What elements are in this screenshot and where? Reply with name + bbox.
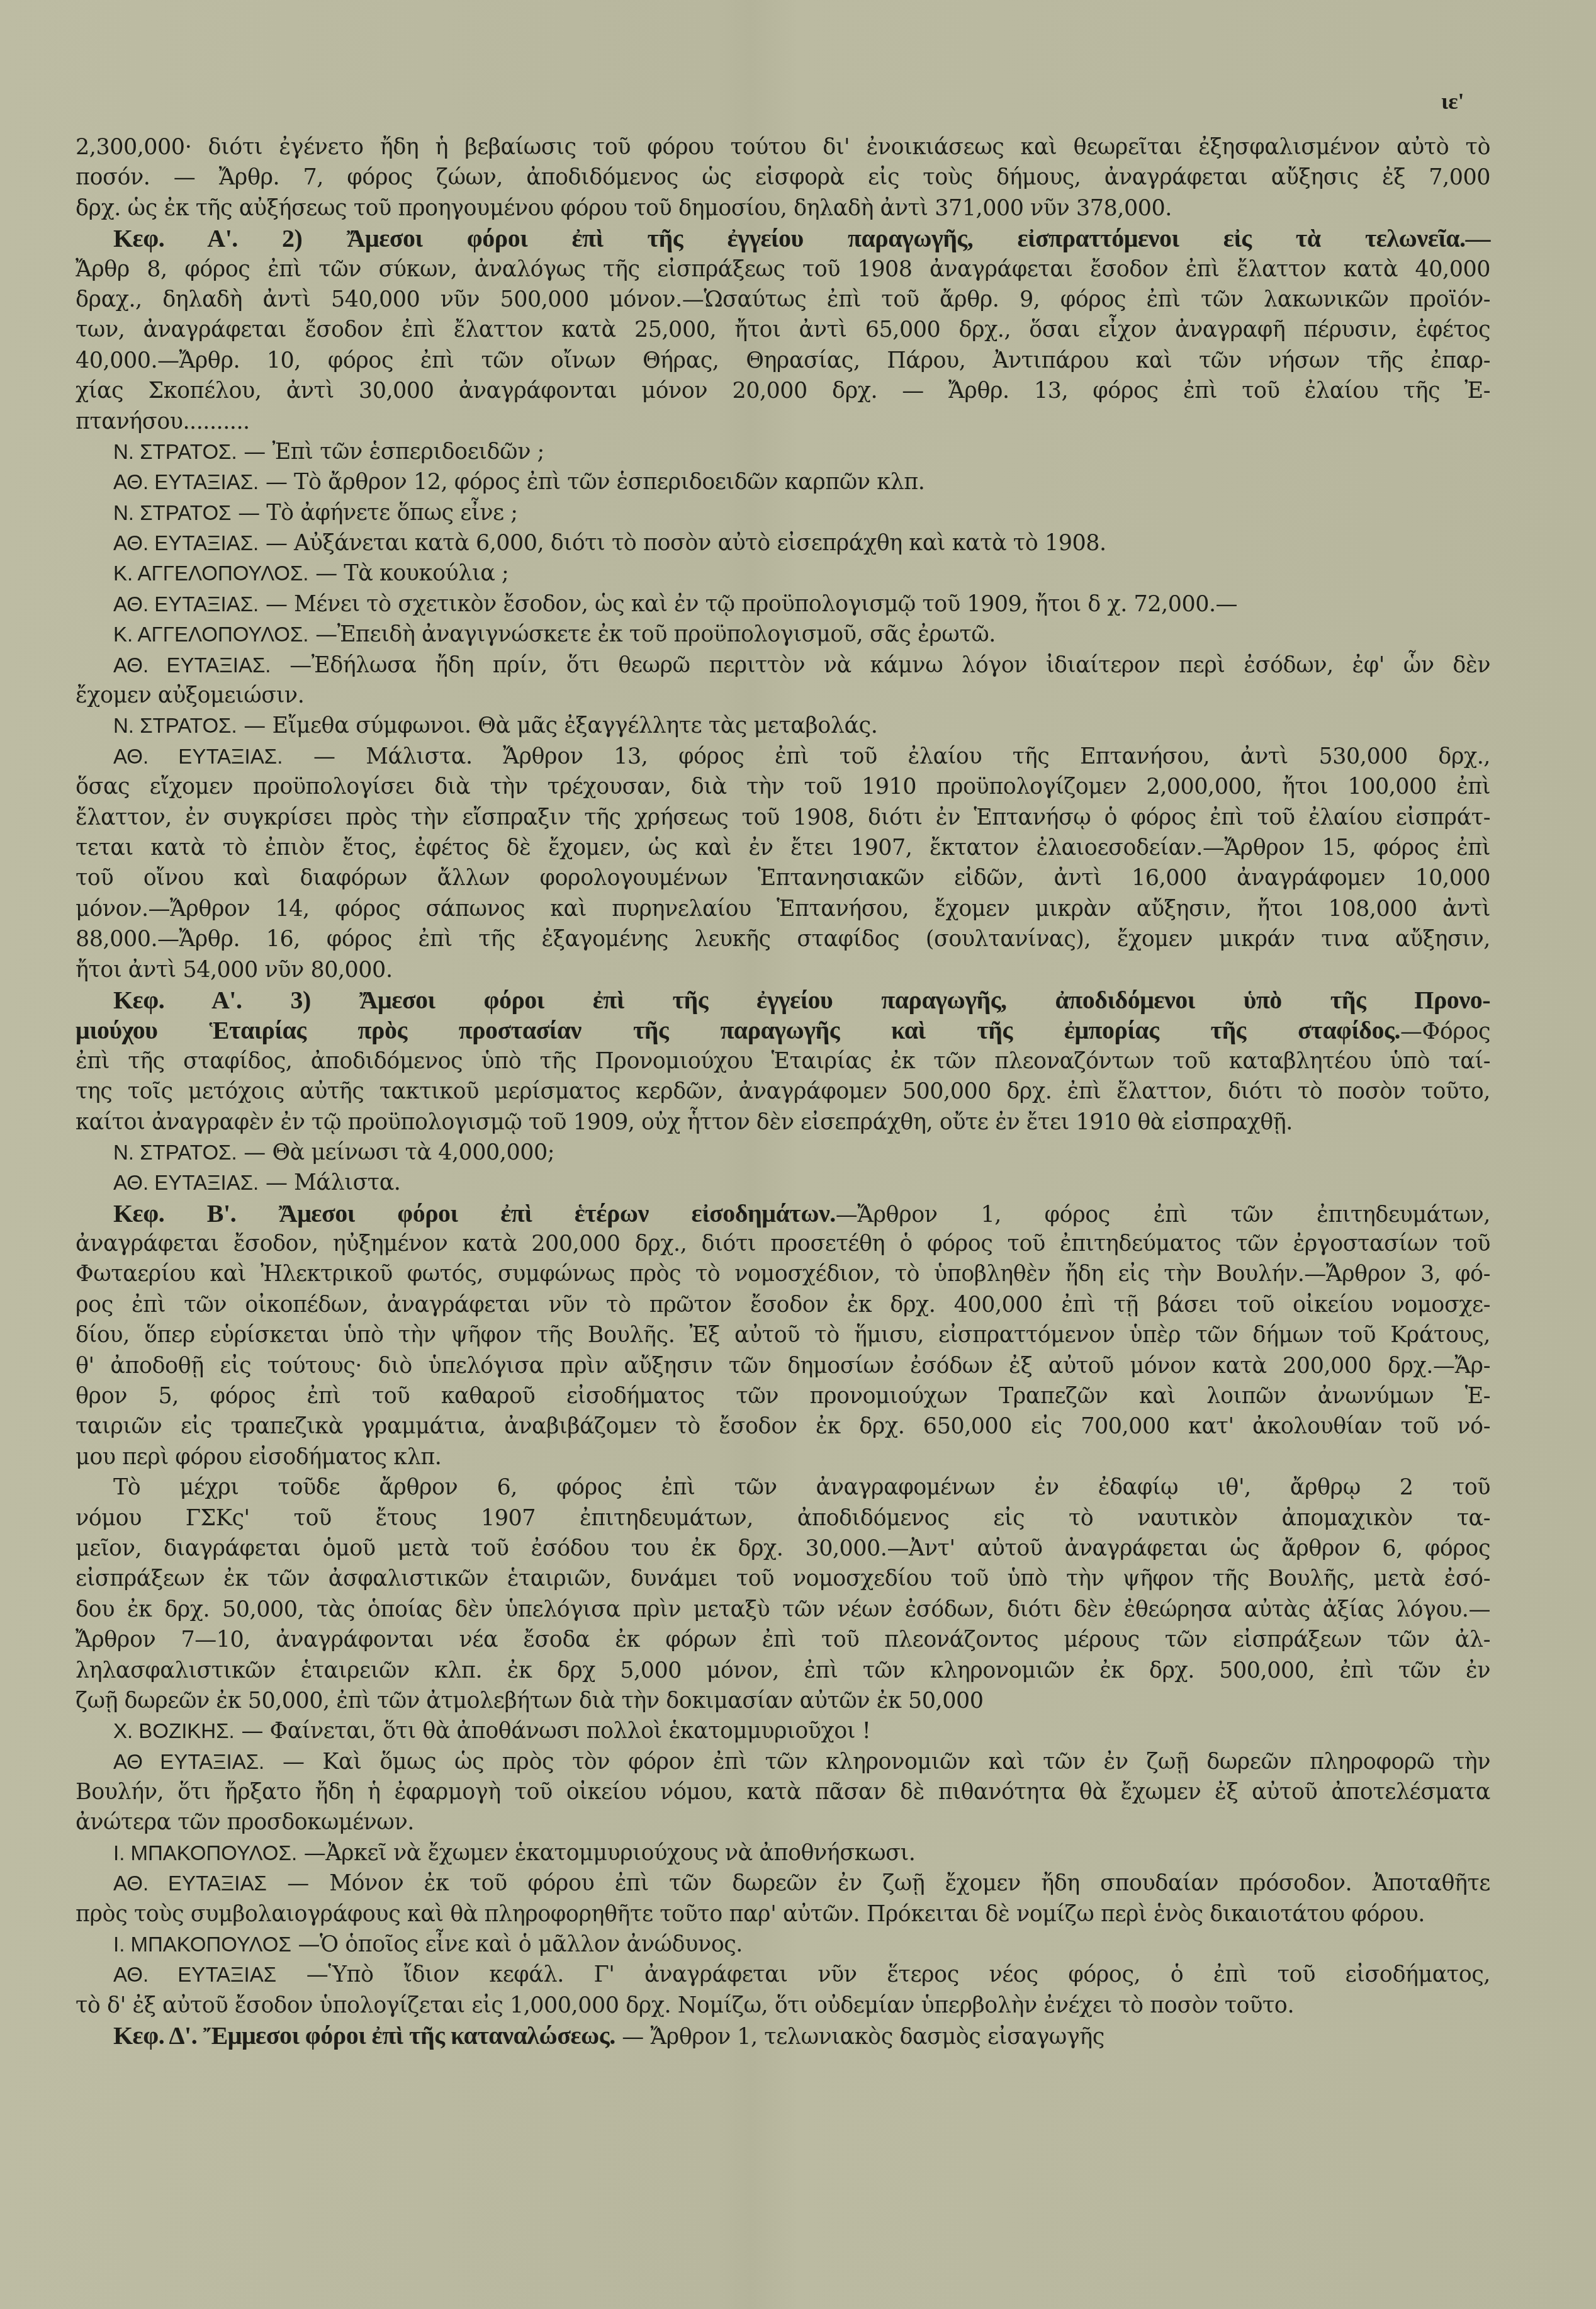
section-heading: Κεφ. Α'. 3) Ἄμεσοι φόροι ἐπὶ τῆς ἐγγείου… bbox=[113, 985, 1490, 1015]
speaker-name: ΑΘ. ΕΥΤΑΞΙΑΣ. bbox=[113, 1171, 259, 1194]
paragraph-text: χίας Σκοπέλου, ἀντὶ 30,000 ἀναγράφονται … bbox=[76, 376, 1490, 406]
section-heading: Κεφ. Α'. 2) Ἄμεσοι φόροι ἐπὶ τῆς ἐγγείου… bbox=[113, 223, 1490, 254]
text-line: Κ. ΑΓΓΕΛΟΠΟΥΛΟΣ. — Τὰ κουκούλια ; bbox=[76, 558, 1490, 589]
paragraph-text: τεται κατὰ τὸ ἐπιὸν ἔτος, ἐφέτος δὲ ἔχομ… bbox=[76, 833, 1490, 863]
paragraph-text: πτανήσου.......... bbox=[76, 407, 1490, 437]
speech-text: —Ἐπειδὴ ἀναγιγνώσκετε ἐκ τοῦ προϋπολογισ… bbox=[315, 622, 996, 647]
paragraph-text: μεῖον, διαγράφεται ὁμοῦ μετὰ τοῦ ἐσόδου … bbox=[76, 1533, 1490, 1564]
text-line: Κεφ. Α'. 3) Ἄμεσοι φόροι ἐπὶ τῆς ἐγγείου… bbox=[76, 985, 1490, 1015]
paragraph-text: εἰσπράξεων ἐκ τῶν ἀσφαλιστικῶν ἑταιριῶν,… bbox=[76, 1564, 1490, 1594]
paragraph-text: ρος ἐπὶ τῶν οἰκοπέδων, ἀναγράφεται νῦν τ… bbox=[76, 1290, 1490, 1320]
speech-text: — Μόνον ἐκ τοῦ φόρου ἐπὶ τῶν δωρεῶν ἐν ζ… bbox=[287, 1871, 1490, 1896]
paragraph-text: —Ἄρθρον 1, φόρος ἐπὶ τῶν ἐπιτηδευμάτων, bbox=[836, 1202, 1490, 1228]
speaker-name: Χ. ΒΟΖΙΚΗΣ. bbox=[113, 1719, 235, 1742]
text-line: πτανήσου.......... bbox=[76, 407, 1490, 437]
speaker-name: ΑΘ. ΕΥΤΑΞΙΑΣ. bbox=[113, 653, 271, 677]
text-line: θ' ἀποδοθῇ εἰς τούτους· διὸ ὑπελόγισα πρ… bbox=[76, 1351, 1490, 1381]
paragraph-text: ταιριῶν εἰς τραπεζικὰ γραμμάτια, ἀναβιβά… bbox=[76, 1411, 1490, 1442]
text-line: Φωταερίου καὶ Ἠλεκτρικοῦ φωτός, συμφώνως… bbox=[76, 1259, 1490, 1289]
text-line: ποσόν. — Ἄρθρ. 7, φόρος ζώων, ἀποδιδόμεν… bbox=[76, 162, 1490, 193]
text-line: ζωῇ δωρεῶν ἐκ 50,000, ἐπὶ τῶν ἀτμολεβήτω… bbox=[76, 1686, 1490, 1716]
speech-text: — Εἴμεθα σύμφωνοι. Θὰ μᾶς ἐξαγγέλλητε τὰ… bbox=[244, 713, 877, 738]
text-line: χίας Σκοπέλου, ἀντὶ 30,000 ἀναγράφονται … bbox=[76, 376, 1490, 406]
text-line: ληλασφαλιστικῶν ἑταιρειῶν κλπ. ἐκ δρχ 5,… bbox=[76, 1656, 1490, 1686]
text-line: 88,000.—Ἄρθρ. 16, φόρος ἐπὶ τῆς ἐξαγομέν… bbox=[76, 924, 1490, 954]
text-line: τοῦ οἴνου καὶ διαφόρων ἄλλων φορολογουμέ… bbox=[76, 863, 1490, 893]
text-line: Κ. ΑΓΓΕΛΟΠΟΥΛΟΣ. —Ἐπειδὴ ἀναγιγνώσκετε ἐ… bbox=[76, 619, 1490, 650]
speech-text: —Ὁ ὁποῖος εἶνε καὶ ὁ μᾶλλον ἀνώδυνος. bbox=[298, 1932, 743, 1957]
text-line: Ι. ΜΠΑΚΟΠΟΥΛΟΣ —Ὁ ὁποῖος εἶνε καὶ ὁ μᾶλλ… bbox=[76, 1929, 1490, 1960]
speaker-name: ΑΘ. ΕΥΤΑΞΙΑΣ. bbox=[113, 745, 283, 768]
text-line: μου περὶ φόρου εἰσοδήματος κλπ. bbox=[76, 1442, 1490, 1472]
text-line: ΑΘ. ΕΥΤΑΞΙΑΣ. — Αὐξάνεται κατὰ 6,000, δι… bbox=[76, 528, 1490, 558]
text-line: Ν. ΣΤΡΑΤΟΣ. — Εἴμεθα σύμφωνοι. Θὰ μᾶς ἐξ… bbox=[76, 711, 1490, 741]
text-line: μόνον.—Ἄρθρον 14, φόρος σάπωνος καὶ πυρη… bbox=[76, 894, 1490, 924]
text-line: ΑΘ. ΕΥΤΑΞΙΑΣ. —Ἐδήλωσα ἤδη πρίν, ὅτι θεω… bbox=[76, 650, 1490, 680]
text-line: μεῖον, διαγράφεται ὁμοῦ μετὰ τοῦ ἐσόδου … bbox=[76, 1533, 1490, 1564]
paragraph-text: ἤτοι ἀντὶ 54,000 νῦν 80,000. bbox=[76, 955, 1490, 985]
section-heading: Κεφ. Β'. Ἄμεσοι φόροι ἐπὶ ἑτέρων εἰσοδημ… bbox=[113, 1199, 836, 1228]
text-line: ἔχομεν αὐξομειώσιν. bbox=[76, 680, 1490, 711]
text-line: καίτοι ἀναγραφὲν ἐν τῷ προϋπολογισμῷ τοῦ… bbox=[76, 1107, 1490, 1138]
text-line: ἔλαττον, ἐν συγκρίσει πρὸς τὴν εἴσπραξιν… bbox=[76, 803, 1490, 833]
speech-text: — Τὸ ἀφήνετε ὅπως εἶνε ; bbox=[238, 500, 517, 526]
speech-text: — Καὶ ὅμως ὡς πρὸς τὸν φόρον ἐπὶ τῶν κλη… bbox=[283, 1749, 1490, 1775]
paragraph-text: θ' ἀποδοθῇ εἰς τούτους· διὸ ὑπελόγισα πρ… bbox=[76, 1351, 1490, 1381]
text-line: Ν. ΣΤΡΑΤΟΣ. — Ἐπὶ τῶν ἑσπεριδοειδῶν ; bbox=[76, 437, 1490, 467]
speech-text: — Μάλιστα. bbox=[266, 1170, 401, 1195]
text-line: δου ἐκ δρχ. 50,000, τὰς ὁποίας δὲν ὑπελό… bbox=[76, 1595, 1490, 1625]
speech-text: — Αὐξάνεται κατὰ 6,000, διότι τὸ ποσὸν α… bbox=[266, 531, 1106, 556]
speaker-name: ΑΘ. ΕΥΤΑΞΙΑΣ bbox=[113, 1871, 267, 1895]
text-line: 2,300,000· διότι ἐγένετο ἤδη ἡ βεβαίωσις… bbox=[76, 132, 1490, 162]
speech-text: —Ἐδήλωσα ἤδη πρίν, ὅτι θεωρῶ περιττὸν νὰ… bbox=[289, 653, 1490, 678]
text-line: ΑΘ. ΕΥΤΑΞΙΑΣ. — Μάλιστα. bbox=[76, 1168, 1490, 1198]
text-line: Κεφ. Δ'. Ἔμμεσοι φόροι ἐπὶ τῆς καταναλώσ… bbox=[76, 2021, 1490, 2051]
page-number: ιε' bbox=[1441, 88, 1464, 115]
speaker-name: ΑΘ. ΕΥΤΑΞΙΑΣ. bbox=[113, 592, 259, 616]
speaker-name: Ν. ΣΤΡΑΤΟΣ. bbox=[113, 1141, 237, 1164]
paragraph-text: των, ἀναγράφεται ἔσοδον ἐπὶ ἔλαττον κατὰ… bbox=[76, 315, 1490, 345]
text-line: ΑΘ. ΕΥΤΑΞΙΑΣ — Μόνον ἐκ τοῦ φόρου ἐπὶ τῶ… bbox=[76, 1868, 1490, 1899]
paragraph-text: θρον 5, φόρος ἐπὶ τοῦ καθαροῦ εἰσοδήματο… bbox=[76, 1381, 1490, 1411]
text-line: ἤτοι ἀντὶ 54,000 νῦν 80,000. bbox=[76, 955, 1490, 985]
speech-text: — Θὰ μείνωσι τὰ 4,000,000; bbox=[244, 1140, 554, 1165]
text-line: 40,000.—Ἄρθρ. 10, φόρος ἐπὶ τῶν οἴνων Θή… bbox=[76, 346, 1490, 376]
speaker-name: Ι. ΜΠΑΚΟΠΟΥΛΟΣ bbox=[113, 1933, 291, 1956]
text-line: ἀνώτερα τῶν προσδοκωμένων. bbox=[76, 1807, 1490, 1838]
paragraph-text: τοῦ οἴνου καὶ διαφόρων ἄλλων φορολογουμέ… bbox=[76, 863, 1490, 893]
text-line: ΑΘ. ΕΥΤΑΞΙΑΣ. — Μένει τὸ σχετικὸν ἔσοδον… bbox=[76, 589, 1490, 619]
text-line: των, ἀναγράφεται ἔσοδον ἐπὶ ἔλαττον κατὰ… bbox=[76, 315, 1490, 345]
text-line: θρον 5, φόρος ἐπὶ τοῦ καθαροῦ εἰσοδήματο… bbox=[76, 1381, 1490, 1411]
paragraph-text: δου ἐκ δρχ. 50,000, τὰς ὁποίας δὲν ὑπελό… bbox=[76, 1595, 1490, 1625]
paragraph-text: Τὸ μέχρι τοῦδε ἄρθρον 6, φόρος ἐπὶ τῶν ἀ… bbox=[113, 1472, 1490, 1503]
paragraph-text: δίου, ὅπερ εὑρίσκεται ὑπὸ τὴν ψῆφον τῆς … bbox=[76, 1320, 1490, 1350]
speaker-name: Κ. ΑΓΓΕΛΟΠΟΥΛΟΣ. bbox=[113, 562, 309, 585]
paragraph-text: 40,000.—Ἄρθρ. 10, φόρος ἐπὶ τῶν οἴνων Θή… bbox=[76, 346, 1490, 376]
text-line: ΑΘ. ΕΥΤΑΞΙΑΣ. — Τὸ ἄρθρον 12, φόρος ἐπὶ … bbox=[76, 467, 1490, 497]
paragraph-text: —Φόρος bbox=[1400, 1019, 1490, 1044]
text-line: δρχ. ὡς ἐκ τῆς αὐξήσεως τοῦ προηγουμένου… bbox=[76, 193, 1490, 223]
paragraph-text: 88,000.—Ἄρθρ. 16, φόρος ἐπὶ τῆς ἐξαγομέν… bbox=[76, 924, 1490, 954]
paragraph-text: ἀνώτερα τῶν προσδοκωμένων. bbox=[76, 1807, 1490, 1838]
paragraph-text: ζωῇ δωρεῶν ἐκ 50,000, ἐπὶ τῶν ἀτμολεβήτω… bbox=[76, 1686, 1490, 1716]
paragraph-text: νόμου ΓΣΚς' τοῦ ἔτους 1907 ἐπιτηδευμάτων… bbox=[76, 1503, 1490, 1533]
text-line: ταιριῶν εἰς τραπεζικὰ γραμμάτια, ἀναβιβά… bbox=[76, 1411, 1490, 1442]
text-line: μιούχου Ἑταιρίας πρὸς προστασίαν τῆς παρ… bbox=[76, 1015, 1490, 1046]
section-heading: μιούχου Ἑταιρίας πρὸς προστασίαν τῆς παρ… bbox=[76, 1016, 1400, 1044]
text-line: της τοῖς μετόχοις αὐτῆς τακτικοῦ μερίσμα… bbox=[76, 1076, 1490, 1107]
text-line: ΑΘ. ΕΥΤΑΞΙΑΣ —Ὑπὸ ἴδιον κεφάλ. Γ' ἀναγρά… bbox=[76, 1960, 1490, 1990]
paragraph-text: μου περὶ φόρου εἰσοδήματος κλπ. bbox=[76, 1442, 1490, 1472]
text-line: δίου, ὅπερ εὑρίσκεται ὑπὸ τὴν ψῆφον τῆς … bbox=[76, 1320, 1490, 1350]
paragraph-text: Φωταερίου καὶ Ἠλεκτρικοῦ φωτός, συμφώνως… bbox=[76, 1259, 1490, 1289]
paragraph-text: δραχ., δηλαδὴ ἀντὶ 540,000 νῦν 500,000 μ… bbox=[76, 285, 1490, 315]
text-line: ρος ἐπὶ τῶν οἰκοπέδων, ἀναγράφεται νῦν τ… bbox=[76, 1290, 1490, 1320]
paragraph-text: ποσόν. — Ἄρθρ. 7, φόρος ζώων, ἀποδιδόμεν… bbox=[76, 162, 1490, 193]
text-line: Τὸ μέχρι τοῦδε ἄρθρον 6, φόρος ἐπὶ τῶν ἀ… bbox=[76, 1472, 1490, 1503]
paragraph-text: μόνον.—Ἄρθρον 14, φόρος σάπωνος καὶ πυρη… bbox=[76, 894, 1490, 924]
speech-text: — Ἐπὶ τῶν ἑσπεριδοειδῶν ; bbox=[244, 439, 544, 465]
speaker-name: Ν. ΣΤΡΑΤΟΣ. bbox=[113, 714, 237, 737]
paragraph-text: της τοῖς μετόχοις αὐτῆς τακτικοῦ μερίσμα… bbox=[76, 1076, 1490, 1107]
paragraph-text: Ἄρθρον 7—10, ἀναγράφονται νέα ἔσοδα ἐκ φ… bbox=[76, 1625, 1490, 1655]
speaker-name: ΑΘ. ΕΥΤΑΞΙΑΣ. bbox=[113, 531, 259, 555]
speech-text: — Τὰ κουκούλια ; bbox=[315, 561, 509, 586]
text-line: Ἄρθρ 8, φόρος ἐπὶ τῶν σύκων, ἀναλόγως τῆ… bbox=[76, 254, 1490, 285]
text-line: τὸ δ' ἐξ αὐτοῦ ἔσοδον ὑπολογίζεται εἰς 1… bbox=[76, 1990, 1490, 2021]
speech-text: — Φαίνεται, ὅτι θὰ ἀποθάνωσι πολλοὶ ἑκατ… bbox=[241, 1719, 870, 1744]
text-line: πρὸς τοὺς συμβολαιογράφους καὶ θὰ πληροφ… bbox=[76, 1899, 1490, 1929]
speaker-name: ΑΘ. ΕΥΤΑΞΙΑΣ. bbox=[113, 470, 259, 494]
speaker-name: ΑΘ ΕΥΤΑΞΙΑΣ. bbox=[113, 1750, 264, 1773]
paragraph-text: καίτοι ἀναγραφὲν ἐν τῷ προϋπολογισμῷ τοῦ… bbox=[76, 1107, 1490, 1138]
speech-text: —Ἀρκεῖ νὰ ἔχωμεν ἑκατομμυριούχους νὰ ἀπο… bbox=[304, 1841, 916, 1866]
text-line: Ι. ΜΠΑΚΟΠΟΥΛΟΣ. —Ἀρκεῖ νὰ ἔχωμεν ἑκατομμ… bbox=[76, 1838, 1490, 1868]
text-line: Ν. ΣΤΡΑΤΟΣ — Τὸ ἀφήνετε ὅπως εἶνε ; bbox=[76, 498, 1490, 528]
speech-text: — Μένει τὸ σχετικὸν ἔσοδον, ὡς καὶ ἐν τῷ… bbox=[266, 592, 1237, 617]
paragraph-text: Ἄρθρ 8, φόρος ἐπὶ τῶν σύκων, ἀναλόγως τῆ… bbox=[76, 254, 1490, 285]
text-line: Ἄρθρον 7—10, ἀναγράφονται νέα ἔσοδα ἐκ φ… bbox=[76, 1625, 1490, 1655]
text-line: νόμου ΓΣΚς' τοῦ ἔτους 1907 ἐπιτηδευμάτων… bbox=[76, 1503, 1490, 1533]
speaker-name: Ν. ΣΤΡΑΤΟΣ bbox=[113, 501, 231, 524]
text-line: Κεφ. Α'. 2) Ἄμεσοι φόροι ἐπὶ τῆς ἐγγείου… bbox=[76, 223, 1490, 254]
paragraph-text: πρὸς τοὺς συμβολαιογράφους καὶ θὰ πληροφ… bbox=[76, 1899, 1490, 1929]
speaker-name: ΑΘ. ΕΥΤΑΞΙΑΣ bbox=[113, 1963, 276, 1986]
text-line: ἀναγράφεται ἔσοδον, ηὐξημένον κατὰ 200,0… bbox=[76, 1229, 1490, 1259]
speech-text: — Τὸ ἄρθρον 12, φόρος ἐπὶ τῶν ἑσπεριδοει… bbox=[266, 470, 925, 495]
text-line: ΑΘ ΕΥΤΑΞΙΑΣ. — Καὶ ὅμως ὡς πρὸς τὸν φόρο… bbox=[76, 1747, 1490, 1777]
text-line: ἐπὶ τῆς σταφίδος, ἀποδιδόμενος ὑπὸ τῆς Π… bbox=[76, 1046, 1490, 1076]
speaker-name: Ν. ΣΤΡΑΤΟΣ. bbox=[113, 440, 237, 463]
paragraph-text: τὸ δ' ἐξ αὐτοῦ ἔσοδον ὑπολογίζεται εἰς 1… bbox=[76, 1990, 1490, 2021]
text-line: δραχ., δηλαδὴ ἀντὶ 540,000 νῦν 500,000 μ… bbox=[76, 285, 1490, 315]
text-line: Κεφ. Β'. Ἄμεσοι φόροι ἐπὶ ἑτέρων εἰσοδημ… bbox=[76, 1199, 1490, 1229]
speech-text: —Ὑπὸ ἴδιον κεφάλ. Γ' ἀναγράφεται νῦν ἕτε… bbox=[306, 1962, 1490, 1987]
text-line: Χ. ΒΟΖΙΚΗΣ. — Φαίνεται, ὅτι θὰ ἀποθάνωσι… bbox=[76, 1716, 1490, 1746]
text-line: ΑΘ. ΕΥΤΑΞΙΑΣ. — Μάλιστα. Ἄρθρον 13, φόρο… bbox=[76, 742, 1490, 772]
speaker-name: Κ. ΑΓΓΕΛΟΠΟΥΛΟΣ. bbox=[113, 623, 309, 646]
speaker-name: Ι. ΜΠΑΚΟΠΟΥΛΟΣ. bbox=[113, 1841, 297, 1865]
text-line: Βουλήν, ὅτι ἤρξατο ἤδη ἡ ἐφαρμογὴ τοῦ οἰ… bbox=[76, 1777, 1490, 1807]
section-heading: Κεφ. Δ'. Ἔμμεσοι φόροι ἐπὶ τῆς καταναλώσ… bbox=[113, 2021, 615, 2050]
paragraph-text: δρχ. ὡς ἐκ τῆς αὐξήσεως τοῦ προηγουμένου… bbox=[76, 193, 1490, 223]
paragraph-text: ἔλαττον, ἐν συγκρίσει πρὸς τὴν εἴσπραξιν… bbox=[76, 803, 1490, 833]
paragraph-text: ἔχομεν αὐξομειώσιν. bbox=[76, 680, 1490, 711]
paragraph-text: ἐπὶ τῆς σταφίδος, ἀποδιδόμενος ὑπὸ τῆς Π… bbox=[76, 1046, 1490, 1076]
text-line: εἰσπράξεων ἐκ τῶν ἀσφαλιστικῶν ἑταιριῶν,… bbox=[76, 1564, 1490, 1594]
paragraph-text: ληλασφαλιστικῶν ἑταιρειῶν κλπ. ἐκ δρχ 5,… bbox=[76, 1656, 1490, 1686]
paragraph-text: Βουλήν, ὅτι ἤρξατο ἤδη ἡ ἐφαρμογὴ τοῦ οἰ… bbox=[76, 1777, 1490, 1807]
document-body: 2,300,000· διότι ἐγένετο ἤδη ἡ βεβαίωσις… bbox=[76, 132, 1490, 2052]
speech-text: — Μάλιστα. Ἄρθρον 13, φόρος ἐπὶ τοῦ ἐλαί… bbox=[313, 744, 1490, 769]
text-line: τεται κατὰ τὸ ἐπιὸν ἔτος, ἐφέτος δὲ ἔχομ… bbox=[76, 833, 1490, 863]
paragraph-text: ἀναγράφεται ἔσοδον, ηὐξημένον κατὰ 200,0… bbox=[76, 1229, 1490, 1259]
paragraph-text: — Ἄρθρον 1, τελωνιακὸς δασμὸς εἰσαγωγῆς bbox=[615, 2024, 1104, 2050]
paragraph-text: 2,300,000· διότι ἐγένετο ἤδη ἡ βεβαίωσις… bbox=[76, 132, 1490, 162]
paragraph-text: ὅσας εἴχομεν προϋπολογίσει διὰ τὴν τρέχο… bbox=[76, 772, 1490, 802]
text-line: Ν. ΣΤΡΑΤΟΣ. — Θὰ μείνωσι τὰ 4,000,000; bbox=[76, 1138, 1490, 1168]
text-line: ὅσας εἴχομεν προϋπολογίσει διὰ τὴν τρέχο… bbox=[76, 772, 1490, 802]
